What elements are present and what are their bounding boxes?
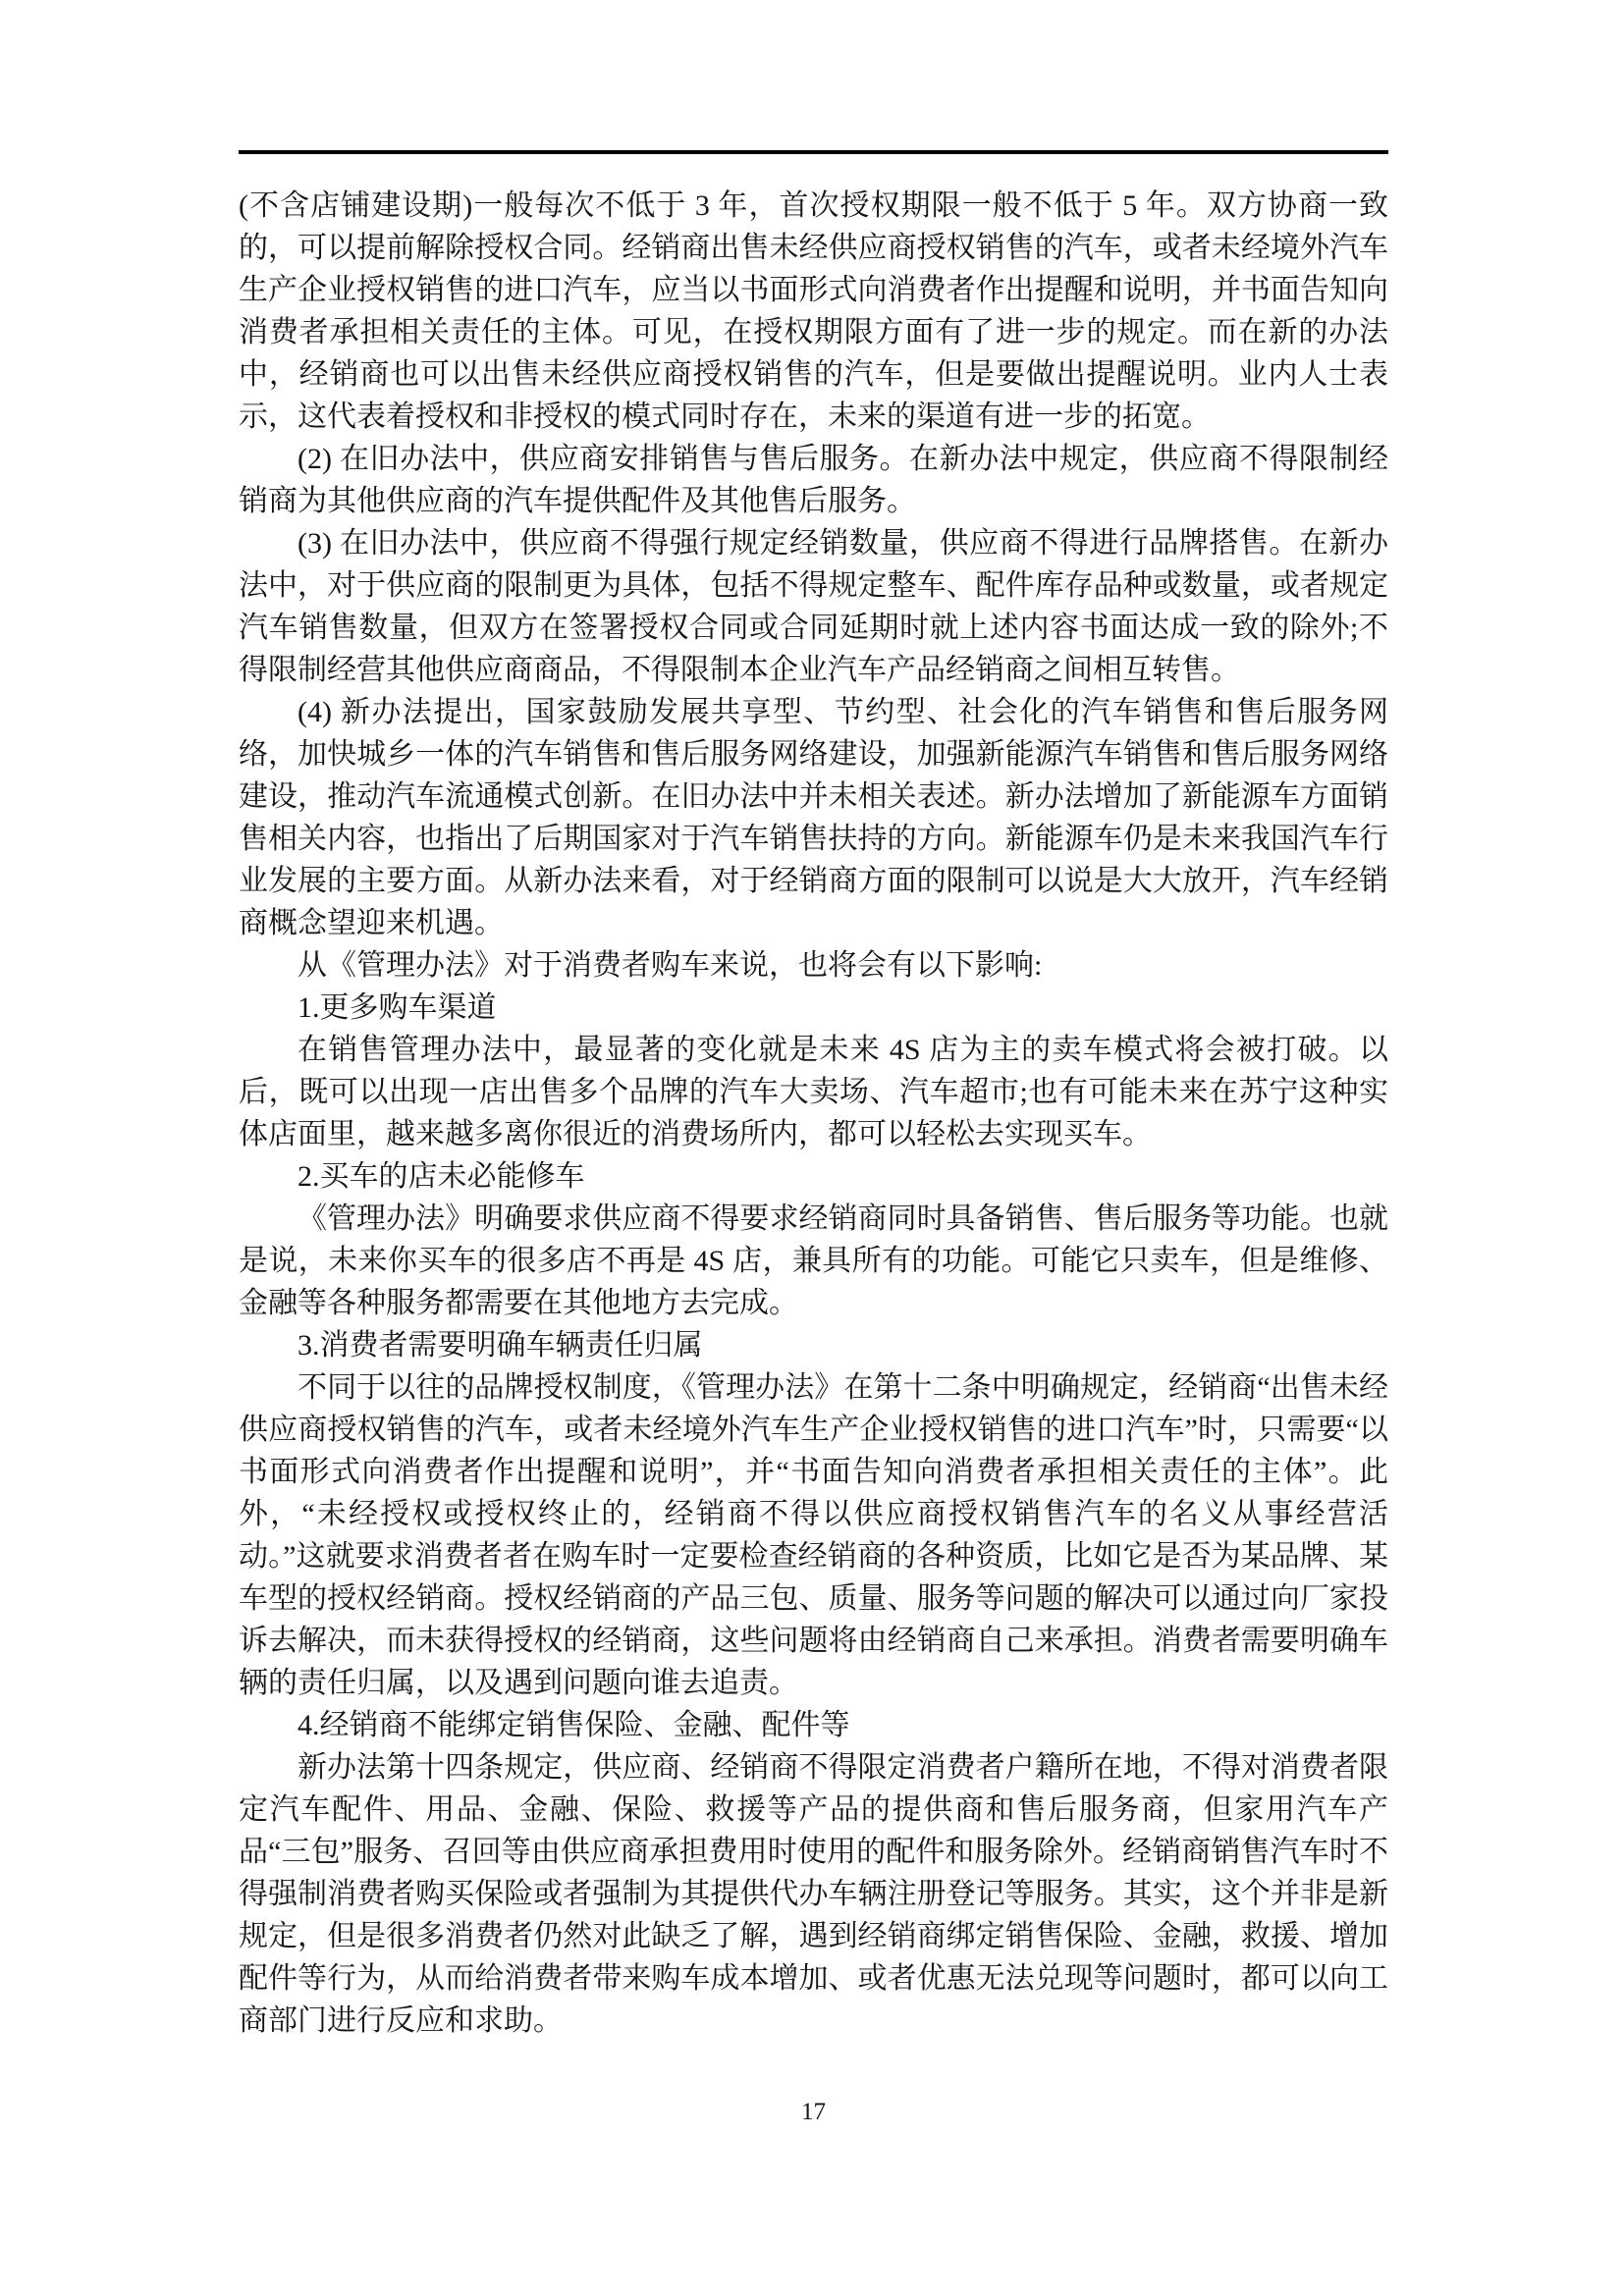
- paragraph: (不含店铺建设期)一般每次不低于 3 年，首次授权期限一般不低于 5 年。双方协…: [239, 185, 1388, 438]
- list-heading: 1.更多购车渠道: [239, 987, 1388, 1029]
- paragraph: 不同于以往的品牌授权制度，《管理办法》在第十二条中明确规定，经销商“出售未经供应…: [239, 1366, 1388, 1704]
- paragraph: (2) 在旧办法中，供应商安排销售与售后服务。在新办法中规定，供应商不得限制经销…: [239, 438, 1388, 522]
- paragraph: 在销售管理办法中，最显著的变化就是未来 4S 店为主的卖车模式将会被打破。以后，…: [239, 1029, 1388, 1155]
- paragraph: 《管理办法》明确要求供应商不得要求经销商同时具备销售、售后服务等功能。也就是说，…: [239, 1198, 1388, 1324]
- document-page: (不含店铺建设期)一般每次不低于 3 年，首次授权期限一般不低于 5 年。双方协…: [0, 0, 1624, 2296]
- list-heading: 3.消费者需要明确车辆责任归属: [239, 1324, 1388, 1366]
- document-body: (不含店铺建设期)一般每次不低于 3 年，首次授权期限一般不低于 5 年。双方协…: [239, 185, 1388, 2042]
- page-number: 17: [239, 2097, 1388, 2128]
- list-heading: 4.经销商不能绑定销售保险、金融、配件等: [239, 1704, 1388, 1746]
- paragraph: 新办法第十四条规定，供应商、经销商不得限定消费者户籍所在地，不得对消费者限定汽车…: [239, 1746, 1388, 2042]
- paragraph: (3) 在旧办法中，供应商不得强行规定经销数量，供应商不得进行品牌搭售。在新办法…: [239, 522, 1388, 691]
- list-heading: 2.买车的店未必能修车: [239, 1155, 1388, 1198]
- header-rule: [239, 150, 1388, 154]
- paragraph: 从《管理办法》对于消费者购车来说，也将会有以下影响:: [239, 944, 1388, 987]
- paragraph: (4) 新办法提出，国家鼓励发展共享型、节约型、社会化的汽车销售和售后服务网络，…: [239, 691, 1388, 944]
